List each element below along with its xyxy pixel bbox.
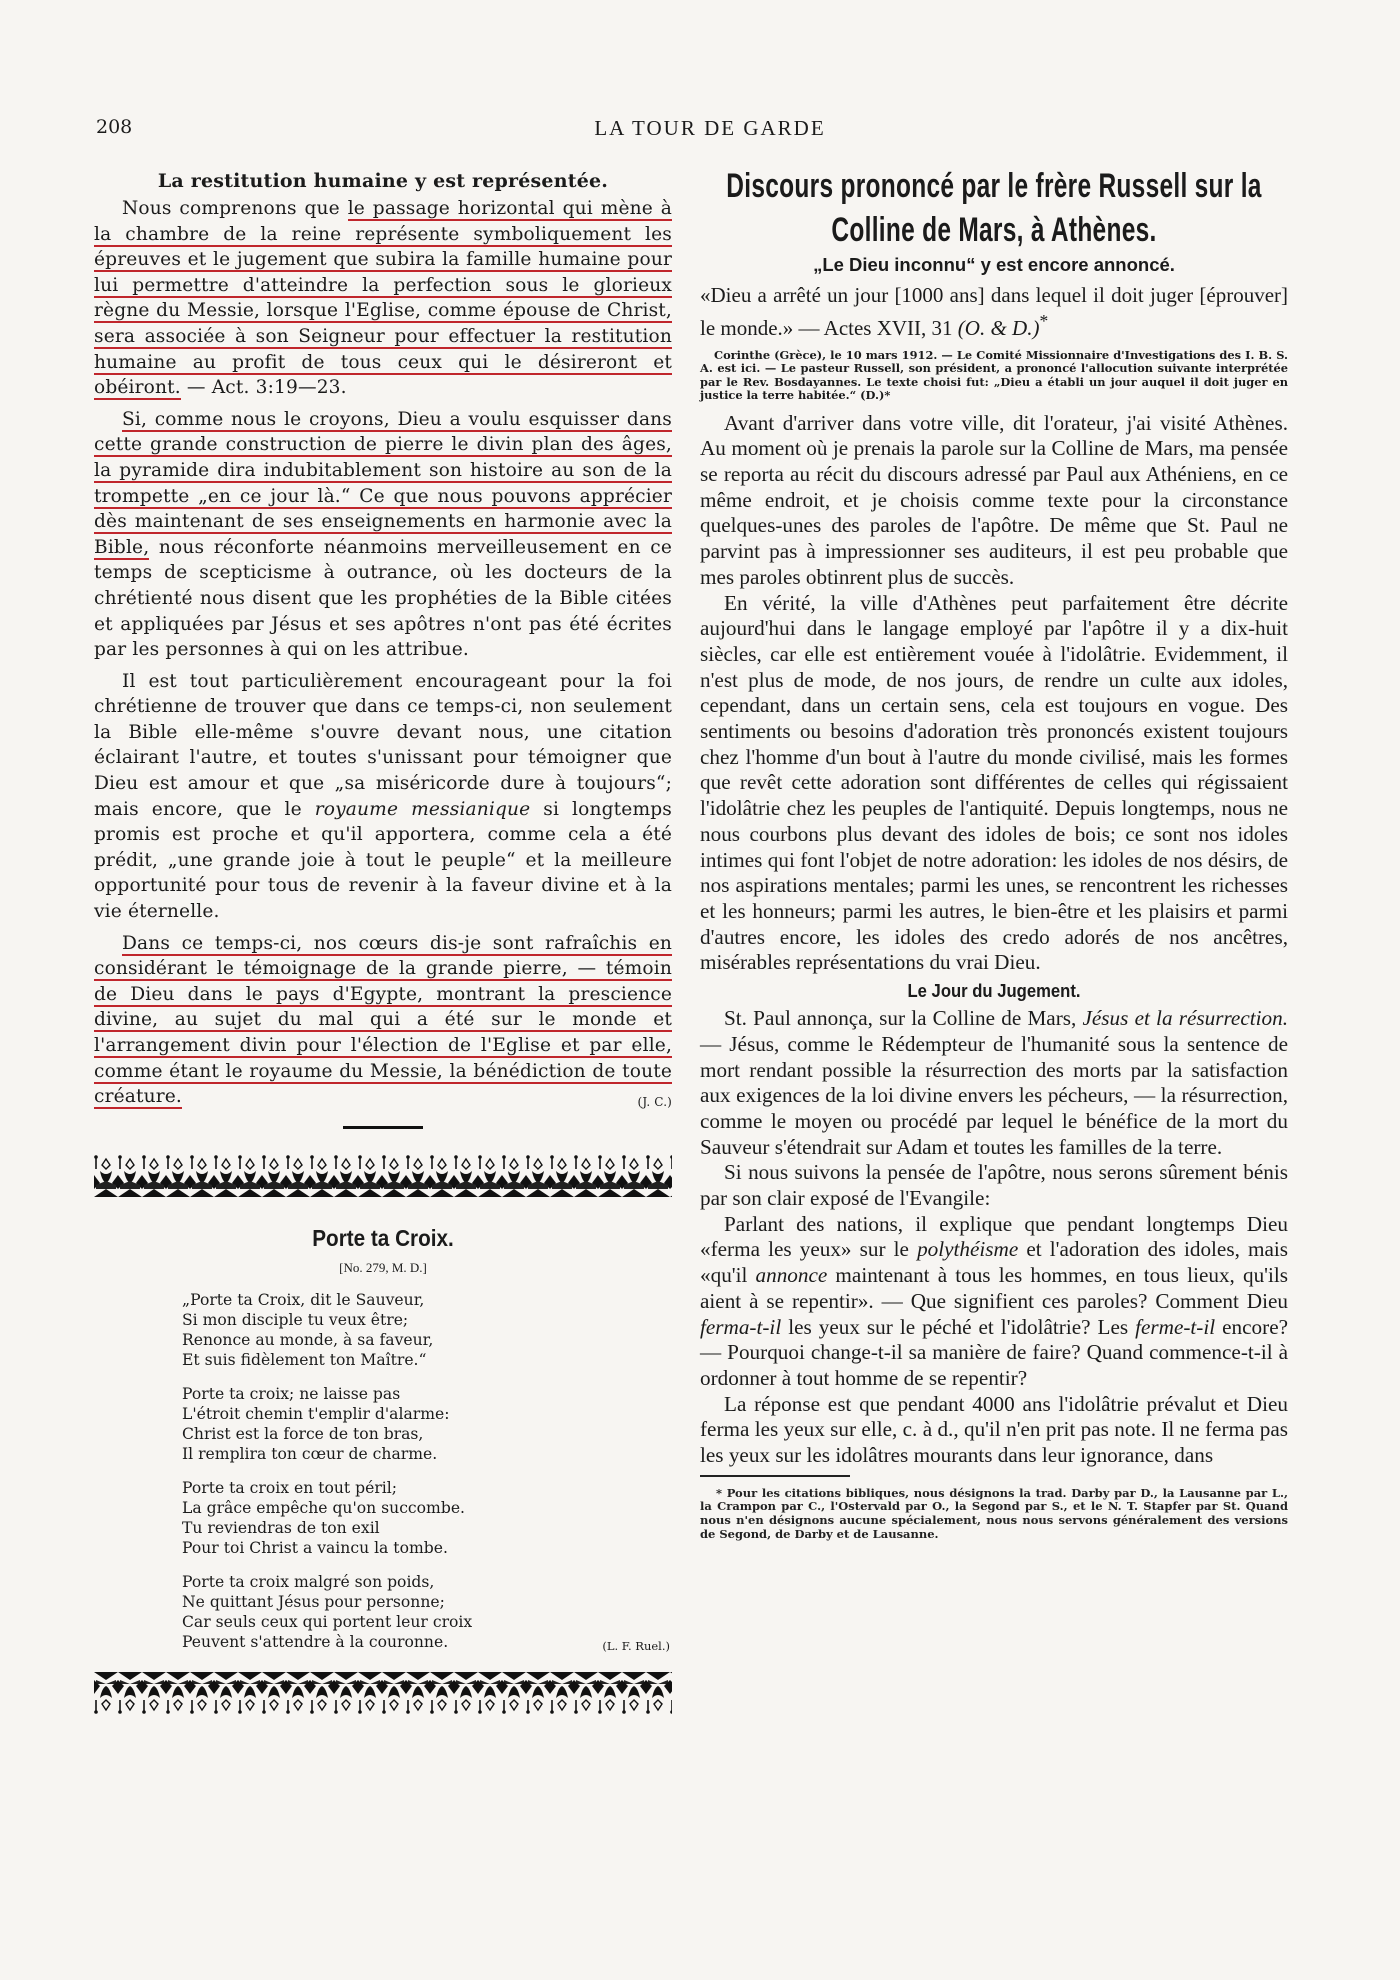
poem-title: Porte ta Croix. xyxy=(123,1225,643,1252)
paragraph-4: Dans ce temps-ci, nos cœurs dis-je sont … xyxy=(94,931,672,1110)
running-header: 208 LA TOUR DE GARDE xyxy=(96,116,1284,140)
article-subtitle: „Le Dieu inconnu“ y est encore annoncé. xyxy=(700,254,1288,276)
document-page: 208 LA TOUR DE GARDE La restitution huma… xyxy=(0,0,1400,1980)
right-column: Discours prononcé par le frère Russell s… xyxy=(700,162,1288,1541)
paragraph-r3: St. Paul annonça, sur la Colline de Mars… xyxy=(700,1006,1288,1160)
ornament-band-top xyxy=(94,1153,672,1197)
poem-reference: [No. 279, M. D.] xyxy=(94,1260,672,1276)
ornament-icon xyxy=(94,1153,672,1197)
ornament-icon xyxy=(94,1672,672,1716)
intro-note: Corinthe (Grèce), le 10 mars 1912. — Le … xyxy=(700,349,1288,403)
highlighted-text: le passage horizontal qui mène à la cham… xyxy=(94,198,672,400)
paragraph-r1: Avant d'arriver dans votre ville, dit l'… xyxy=(700,411,1288,591)
poem-stanza-4: Porte ta croix malgré son poids, Ne quit… xyxy=(182,1572,672,1652)
highlighted-text: Dans ce temps-ci, nos cœurs dis-je sont … xyxy=(94,933,672,1110)
divider-rule xyxy=(343,1126,423,1129)
left-column: La restitution humaine y est représentée… xyxy=(94,162,672,1716)
section-heading-judgment: Le Jour du Jugement. xyxy=(729,980,1258,1002)
paragraph-2: Si, comme nous le croyons, Dieu a voulu … xyxy=(94,407,672,663)
paragraph-3: Il est tout particulièrement encouragean… xyxy=(94,669,672,925)
epigraph: «Dieu a arrêté un jour [1000 ans] dans l… xyxy=(700,282,1288,341)
poem-stanza-1: „Porte ta Croix, dit le Sauveur, Si mon … xyxy=(182,1290,672,1370)
ornament-band-bottom xyxy=(94,1672,672,1716)
paragraph-r2: En vérité, la ville d'Athènes peut parfa… xyxy=(700,591,1288,977)
poem-stanza-2: Porte ta croix; ne laisse pas L'étroit c… xyxy=(182,1384,672,1464)
paragraph-r4: Si nous suivons la pensée de l'apôtre, n… xyxy=(700,1160,1288,1211)
poem-author: (L. F. Ruel.) xyxy=(602,1636,670,1656)
paragraph-r6: La réponse est que pendant 4000 ans l'id… xyxy=(700,1392,1288,1469)
poem-stanza-3: Porte ta croix en tout péril; La grâce e… xyxy=(182,1478,672,1558)
footnote: * Pour les citations bibliques, nous dés… xyxy=(700,1487,1288,1541)
paragraph-r5: Parlant des nations, il explique que pen… xyxy=(700,1212,1288,1392)
paragraph-1: Nous comprenons que le passage horizonta… xyxy=(94,196,672,401)
article-title: Discours prononcé par le frère Russell s… xyxy=(703,164,1285,252)
section-heading-restitution: La restitution humaine y est représentée… xyxy=(94,170,672,192)
poem-body: „Porte ta Croix, dit le Sauveur, Si mon … xyxy=(182,1290,672,1652)
running-title: LA TOUR DE GARDE xyxy=(96,116,1284,141)
author-signature: (J. C.) xyxy=(638,1090,673,1116)
footnote-divider xyxy=(700,1475,850,1477)
